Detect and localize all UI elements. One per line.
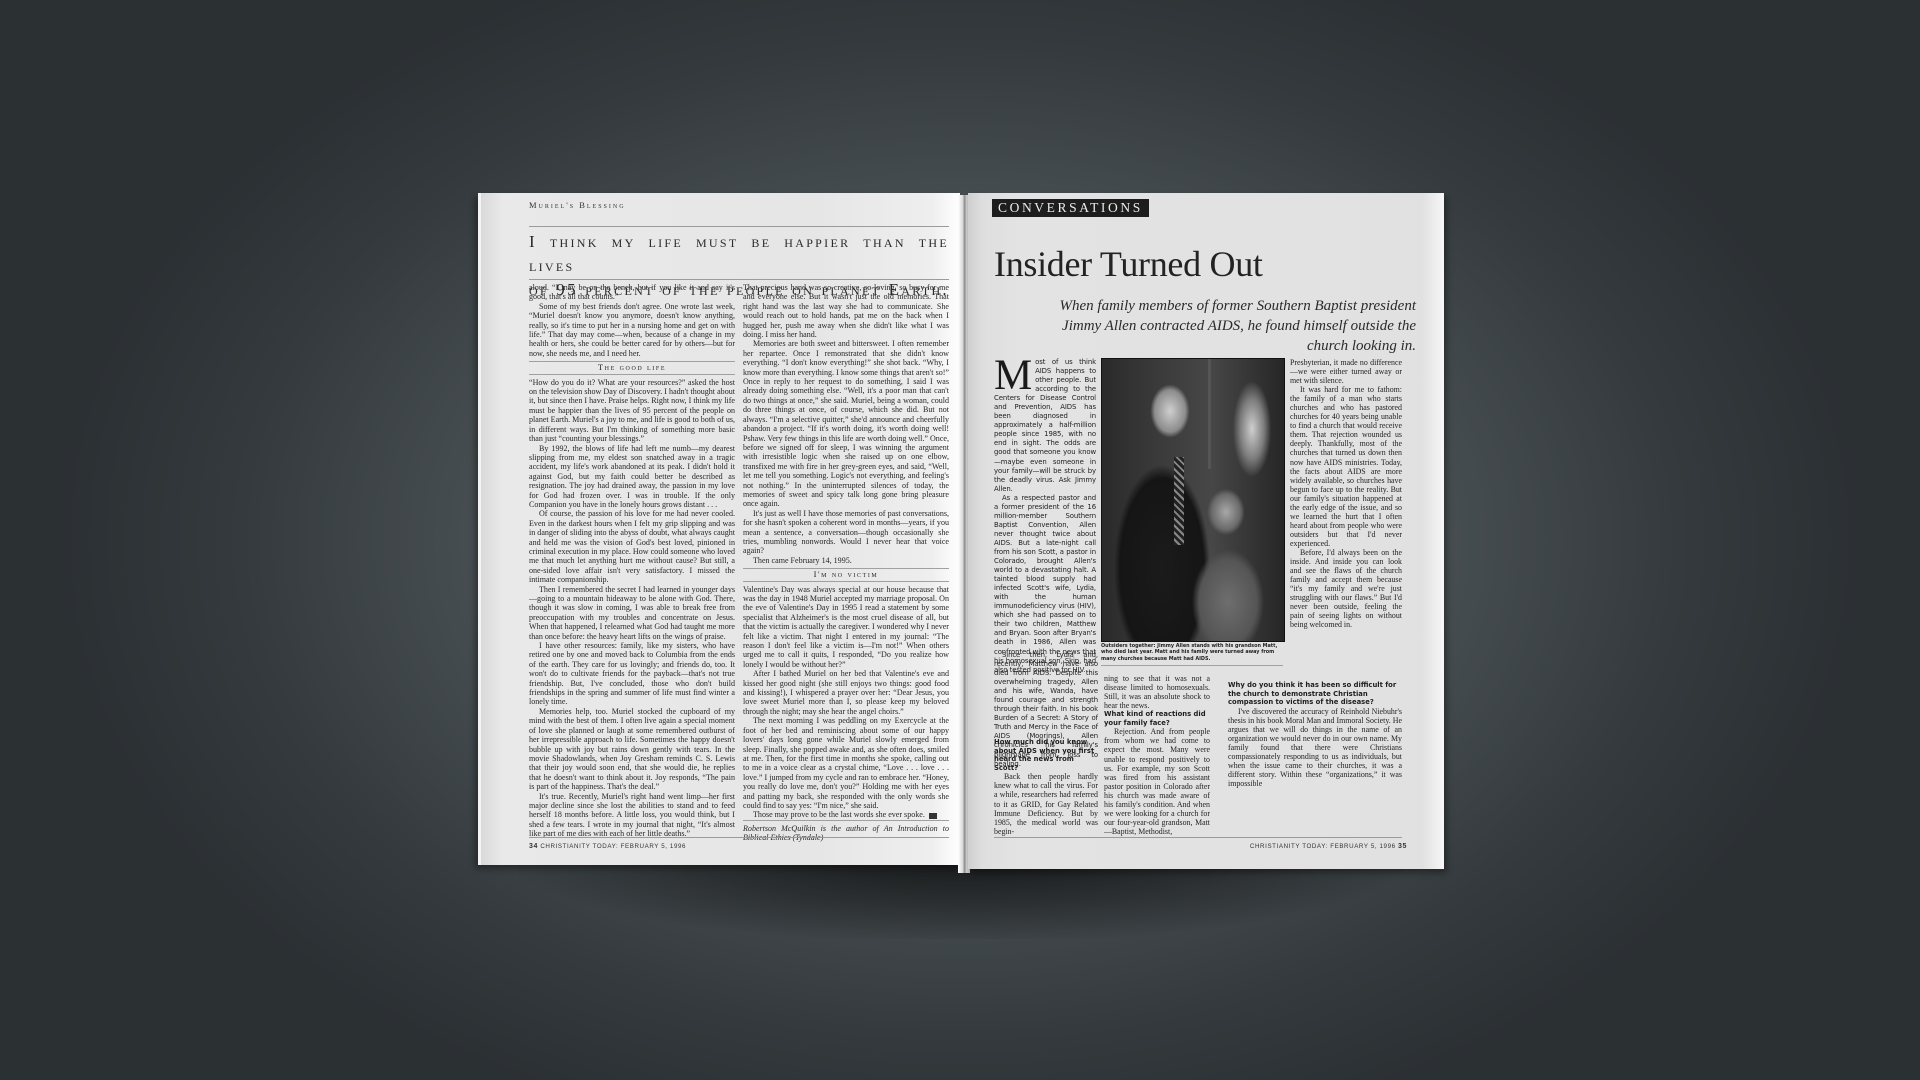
paragraph: Some of my best friends don't agree. One… <box>529 302 735 358</box>
answer-3: I've discovered the accuracy of Reinhold… <box>1228 707 1402 788</box>
page-number: 35 <box>1398 843 1407 850</box>
left-page: Muriel's Blessing I think my life must b… <box>478 193 960 865</box>
paragraph: “How do you do it? What are your resourc… <box>529 378 735 444</box>
paragraph: Then came February 14, 1995. <box>743 556 949 565</box>
right-page: CONVERSATIONS Insider Turned Out When fa… <box>968 193 1444 869</box>
section-kicker: CONVERSATIONS <box>992 199 1149 217</box>
paragraph: ning to see that it was not a disease li… <box>1104 674 1210 710</box>
drop-cap: M <box>994 359 1032 393</box>
answer-2: Rejection. And from people from whom we … <box>1104 727 1210 836</box>
right-column-2: ning to see that it was not a disease li… <box>1104 674 1210 836</box>
paragraph: Of course, the passion of his love for m… <box>529 509 735 584</box>
answer-1: Back then people hardly knew what to cal… <box>994 772 1098 835</box>
question-2: What kind of reactions did your family f… <box>1104 710 1210 727</box>
paragraph: I have other resources: family, like my … <box>529 641 735 707</box>
photo-jimmy-allen-and-grandson <box>1101 358 1285 642</box>
right-column-3: Presbyterian, it made no difference—we w… <box>1290 358 1402 629</box>
question-1: How much did you know about AIDS when yo… <box>994 738 1098 772</box>
paragraph: Then I remembered the secret I had learn… <box>529 585 735 641</box>
lead-paragraph: Most of us think AIDS happens to other p… <box>994 358 1096 494</box>
paragraph: Memories are both sweet and bittersweet.… <box>743 339 949 508</box>
footer-rule <box>994 837 1402 838</box>
paragraph-final: Those may prove to be the last words she… <box>743 810 949 819</box>
author-byline: Robertson McQuilkin is the author of An … <box>743 820 949 843</box>
left-column-1: aloud. “I may be on the bench, but if yo… <box>529 283 735 839</box>
paragraph: That precious hand was so creative, so l… <box>743 283 949 339</box>
final-sentence: Those may prove to be the last words she… <box>753 810 925 819</box>
paragraph: Valentine's Day was always special at ou… <box>743 585 949 670</box>
article-headline: Insider Turned Out <box>994 243 1263 285</box>
paragraph: As a respected pastor and a former presi… <box>994 494 1096 675</box>
folio-text: CHRISTIANITY TODAY: FEBRUARY 5, 1996 <box>1250 843 1396 850</box>
running-head: Muriel's Blessing <box>529 200 626 210</box>
question-3: Why do you think it has been so difficul… <box>1228 681 1402 707</box>
right-column-3-qa: Why do you think it has been so difficul… <box>1228 681 1402 788</box>
left-folio: 34 CHRISTIANITY TODAY: FEBRUARY 5, 1996 <box>529 843 686 850</box>
paragraph: After I bathed Muriel on her bed that Va… <box>743 669 949 716</box>
paragraph: aloud. “I may be on the bench, but if yo… <box>529 283 735 302</box>
article-dek: When family members of former Southern B… <box>1018 296 1416 356</box>
end-mark-icon <box>929 813 937 819</box>
paragraph: The next morning I was peddling on my Ex… <box>743 716 949 810</box>
paragraph: By 1992, the blows of life had left me n… <box>529 444 735 510</box>
page-number: 34 <box>529 843 538 850</box>
right-column-1-qa: How much did you know about AIDS when yo… <box>994 738 1098 836</box>
paragraph: Before, I'd always been on the inside. A… <box>1290 548 1402 629</box>
paragraph: Presbyterian, it made no difference—we w… <box>1290 358 1402 385</box>
paragraph: Memories help, too. Muriel stocked the c… <box>529 707 735 792</box>
pull-quote-line-1: I think my life must be happier than the… <box>529 230 949 278</box>
right-column-1: Most of us think AIDS happens to other p… <box>994 358 1096 675</box>
tie <box>1174 457 1184 545</box>
paragraph: It's just as well I have those memories … <box>743 509 949 556</box>
subhead-no-victim: I'm no victim <box>743 568 949 581</box>
left-column-2: That precious hand was so creative, so l… <box>743 283 949 843</box>
window-frame <box>1208 359 1211 469</box>
paragraph: It was hard for me to fathom: the family… <box>1290 385 1402 548</box>
paragraph: It's true. Recently, Muriel's right hand… <box>529 792 735 839</box>
footer-rule <box>529 837 949 838</box>
right-folio: CHRISTIANITY TODAY: FEBRUARY 5, 1996 35 <box>1250 843 1407 850</box>
pull-quote-top-rule <box>529 226 949 227</box>
folio-text: CHRISTIANITY TODAY: FEBRUARY 5, 1996 <box>540 843 686 850</box>
photo-caption: Outsiders together: Jimmy Allen stands w… <box>1101 643 1283 666</box>
subhead-good-life: The good life <box>529 361 735 374</box>
magazine-spread: Muriel's Blessing I think my life must b… <box>478 193 1444 869</box>
pull-quote-bottom-rule <box>529 279 949 280</box>
